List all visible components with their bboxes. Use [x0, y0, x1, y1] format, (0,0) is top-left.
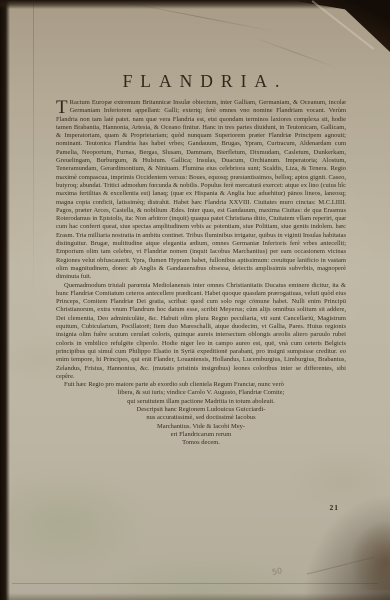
colophon-line: Descripsit hanc Regionem Ludouicus Guicc…	[56, 406, 346, 414]
colophon-line: libera, & sui iuris; vindice Carolo V. A…	[56, 389, 346, 397]
paragraph-1: TRactum Europæ extremum Britannicæ Insul…	[56, 99, 346, 282]
paragraph-3-first-line: Fuit hæc Regio pro maiore parte ab exord…	[56, 381, 346, 389]
colophon-line: qui seruitutem illam pactione Madritia i…	[56, 398, 346, 406]
paragraph-1-text: Ractum Europæ extremum Britannicæ Insulæ…	[56, 99, 346, 280]
page-paper: FLANDRIA. TRactum Europæ extremum Britan…	[0, 0, 390, 600]
colophon-line: Tomos decem.	[56, 439, 346, 447]
left-binding-shadow	[0, 0, 10, 600]
vertical-crease	[33, 0, 34, 310]
page-title: FLANDRIA.	[56, 71, 346, 92]
book-page-scan: FLANDRIA. TRactum Europæ extremum Britan…	[0, 0, 390, 600]
colophon-line: Marchantius. Vide & Iacobi Mey-	[56, 423, 346, 431]
bottom-right-stain	[350, 520, 390, 590]
top-crease-right	[253, 37, 338, 69]
colophon-line: eri Flandricarum rerum	[56, 431, 346, 439]
paragraph-2: Quemadmodum triuiali parœmia Mediolanens…	[56, 282, 346, 382]
pencil-annotation: 50	[271, 566, 283, 577]
drop-cap-initial: T	[56, 99, 70, 115]
colophon-block: libera, & sui iuris; vindice Carolo V. A…	[56, 389, 346, 447]
colophon-line: nus accuratissimè, sed doctissimè Iacobu…	[56, 414, 346, 422]
text-block: FLANDRIA. TRactum Europæ extremum Britan…	[56, 71, 346, 447]
